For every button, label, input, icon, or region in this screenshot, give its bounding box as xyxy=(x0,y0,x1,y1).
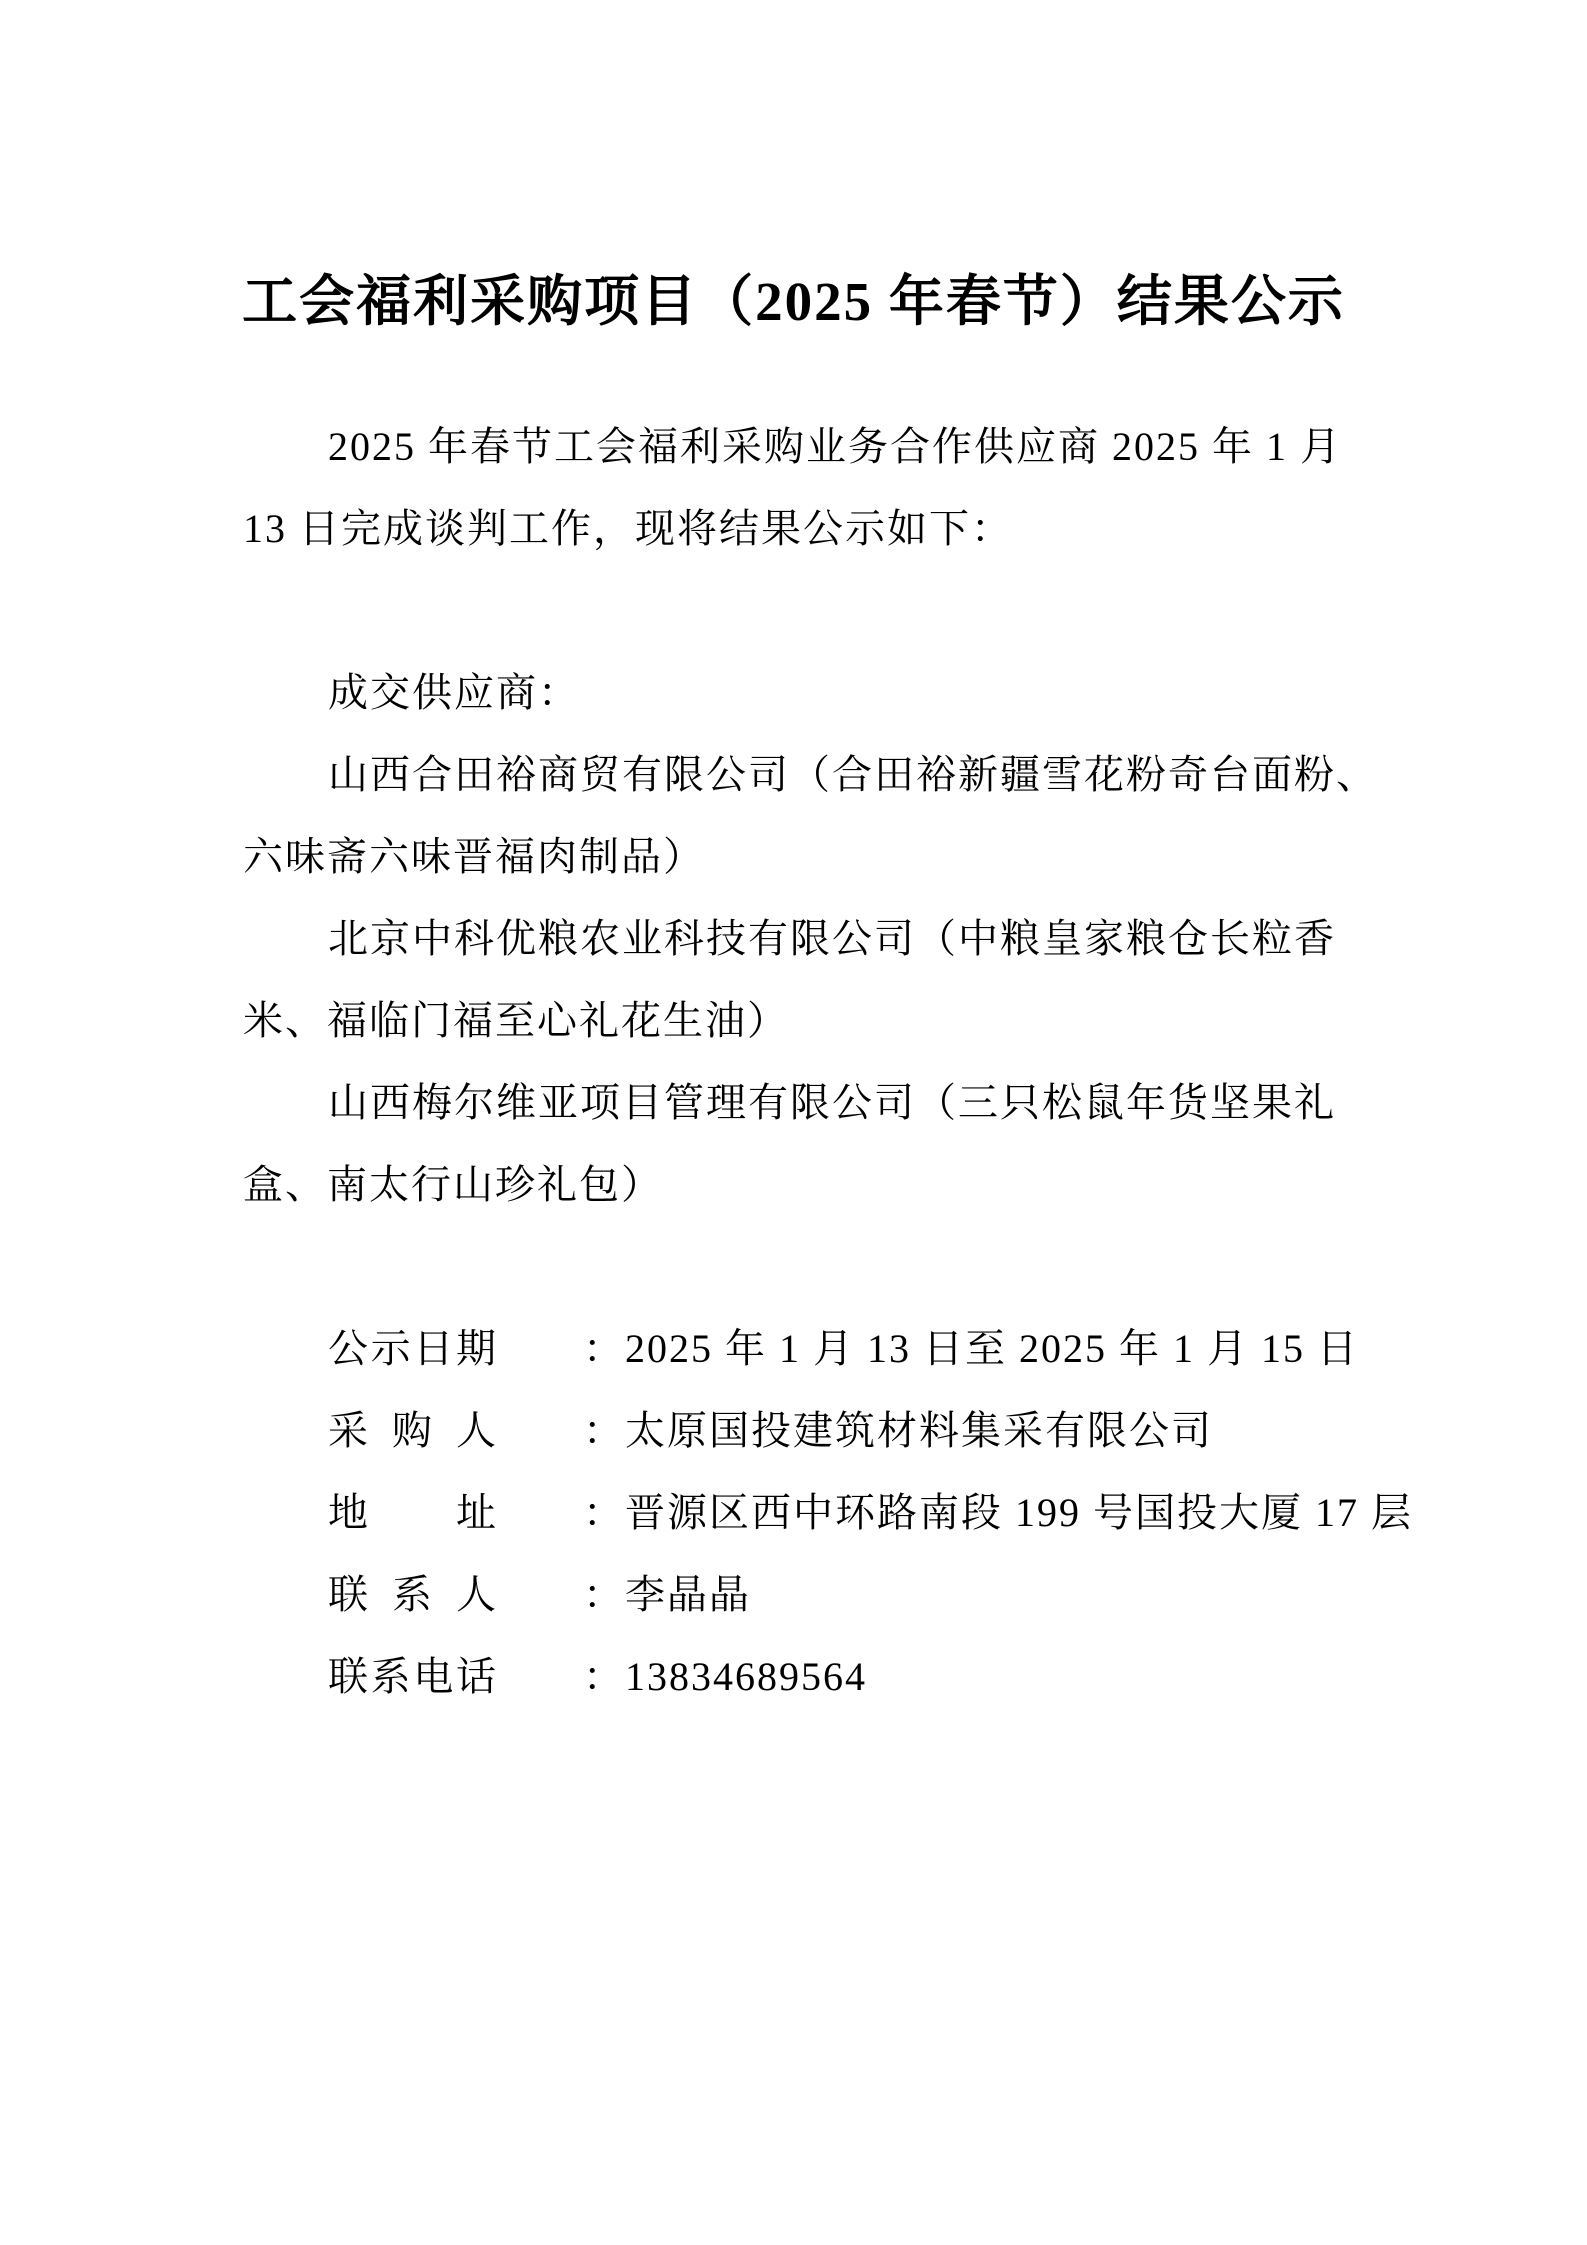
field-value: 晋源区西中环路南段 199 号国投大厦 17 层 xyxy=(625,1490,1413,1535)
blank-line xyxy=(243,570,1487,652)
field-label: 联系人 xyxy=(328,1554,498,1636)
field-value: 李晶晶 xyxy=(625,1572,751,1617)
text-line: 北京中科优粮农业科技有限公司（中粮皇家粮仓长粒香 xyxy=(243,898,1487,980)
field-colon: ： xyxy=(498,1390,625,1472)
field-label: 联系电话 xyxy=(328,1636,498,1718)
text-line: 2025 年春节工会福利采购业务合作供应商 2025 年 1 月 xyxy=(243,406,1487,488)
field-label: 地址 xyxy=(328,1472,498,1554)
field-label: 公示日期 xyxy=(328,1308,498,1390)
field-line: 公示日期：2025 年 1 月 13 日至 2025 年 1 月 15 日 xyxy=(243,1308,1487,1390)
blank-line xyxy=(243,1226,1487,1308)
text-line: 山西合田裕商贸有限公司（合田裕新疆雪花粉奇台面粉、 xyxy=(243,734,1487,816)
text-line: 成交供应商： xyxy=(243,652,1487,734)
text-line: 米、福临门福至心礼花生油） xyxy=(243,980,1487,1062)
text-line: 盒、南太行山珍礼包） xyxy=(243,1144,1487,1226)
field-colon: ： xyxy=(498,1554,625,1636)
page-title: 工会福利采购项目（2025 年春节）结果公示 xyxy=(0,0,1587,342)
field-colon: ： xyxy=(498,1636,625,1718)
field-line: 采购人：太原国投建筑材料集采有限公司 xyxy=(243,1390,1487,1472)
field-line: 联系人：李晶晶 xyxy=(243,1554,1487,1636)
field-value: 2025 年 1 月 13 日至 2025 年 1 月 15 日 xyxy=(625,1326,1359,1371)
document-page: 工会福利采购项目（2025 年春节）结果公示 2025 年春节工会福利采购业务合… xyxy=(0,0,1587,2245)
text-line: 山西梅尔维亚项目管理有限公司（三只松鼠年货坚果礼 xyxy=(243,1062,1487,1144)
field-label: 采购人 xyxy=(328,1390,498,1472)
text-line: 六味斋六味晋福肉制品） xyxy=(243,816,1487,898)
field-colon: ： xyxy=(498,1472,625,1554)
document-lines: 2025 年春节工会福利采购业务合作供应商 2025 年 1 月13 日完成谈判… xyxy=(0,406,1587,1718)
field-value: 太原国投建筑材料集采有限公司 xyxy=(625,1408,1213,1453)
field-line: 地址：晋源区西中环路南段 199 号国投大厦 17 层 xyxy=(243,1472,1487,1554)
field-line: 联系电话：13834689564 xyxy=(243,1636,1487,1718)
text-line: 13 日完成谈判工作，现将结果公示如下： xyxy=(243,488,1487,570)
field-colon: ： xyxy=(498,1308,625,1390)
field-value: 13834689564 xyxy=(625,1654,867,1699)
